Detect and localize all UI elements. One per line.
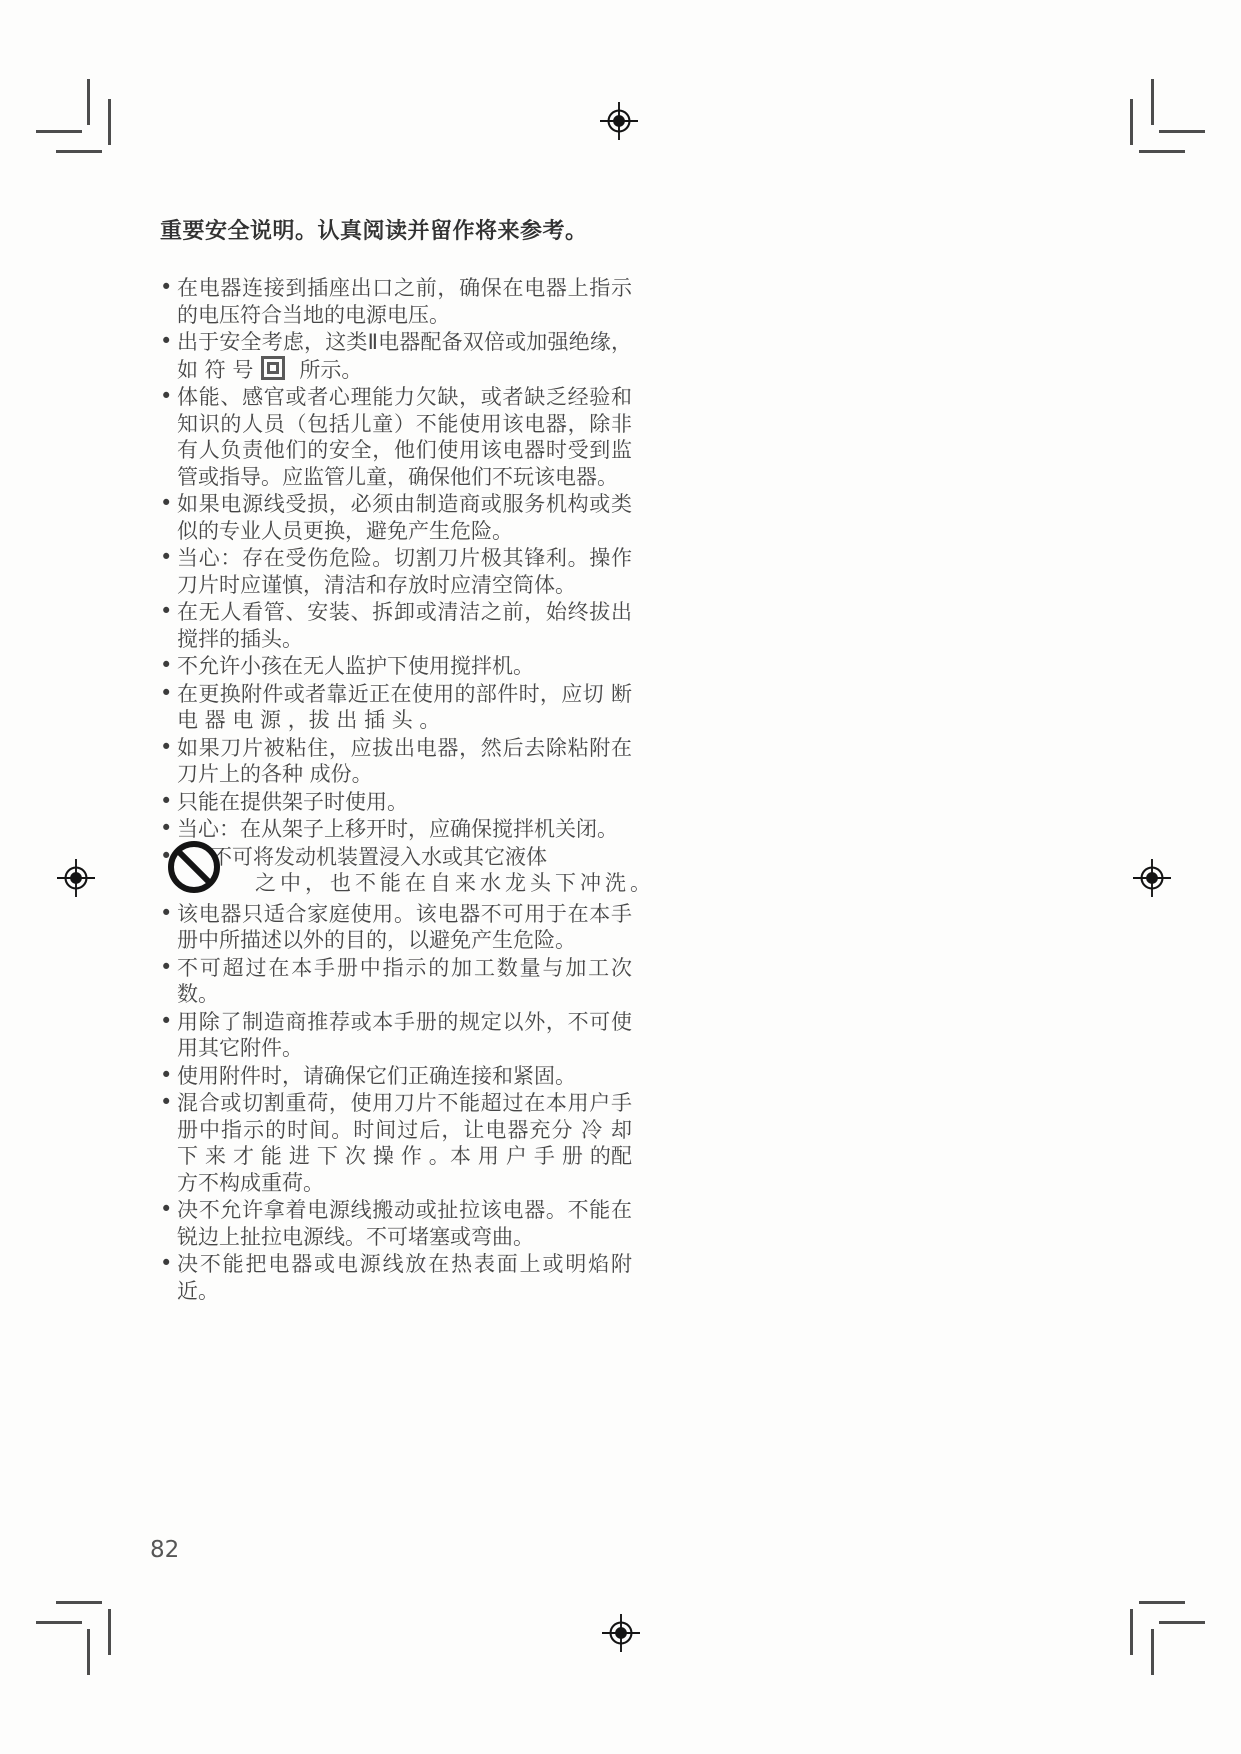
safety-item: 当心：存在受伤危险。切割刀片极其锋利。操作刀片时应谨慎，清洁和存放时应清空筒体。 <box>160 545 632 598</box>
safety-item: 在无人看管、安装、拆卸或清洁之前，始终拔出搅拌的插头。 <box>160 599 632 652</box>
safety-item: 混合或切割重荷，使用刀片不能超过在本用户手册中指示的时间。时间过后，让电器充分 … <box>160 1090 632 1196</box>
safety-item: 使用附件时，请确保它们正确连接和紧固。 <box>160 1063 632 1090</box>
safety-item: 决不允许拿着电源线搬动或扯拉该电器。不能在锐边上扯拉电源线。不可堵塞或弯曲。 <box>160 1197 632 1250</box>
safety-item-text: 之中，也不能在自来水龙头下冲洗。 <box>177 870 632 897</box>
crop-mark <box>56 1601 102 1604</box>
safety-item: 体能、感官或者心理能力欠缺，或者缺乏经验和知识的人员（包括儿童）不能使用该电器，… <box>160 384 632 490</box>
crop-mark <box>108 1609 111 1655</box>
safety-item: 如果电源线受损，必须由制造商或服务机构或类似的专业人员更换，避免产生危险。 <box>160 491 632 544</box>
crop-mark <box>1139 150 1185 153</box>
crop-mark <box>36 130 82 133</box>
registration-target-icon <box>600 102 638 140</box>
page-title: 重要安全说明。认真阅读并留作将来参考。 <box>160 219 632 245</box>
safety-item: 决不能把电器或电源线放在热表面上或明焰附近。 <box>160 1251 632 1304</box>
safety-item: 当心：在从架子上移开时，应确保搅拌机关闭。 <box>160 816 632 843</box>
crop-mark <box>1139 1601 1185 1604</box>
safety-item: 不可将发动机装置浸入水或其它液体之中，也不能在自来水龙头下冲洗。 <box>160 844 632 900</box>
safety-item: 用除了制造商推荐或本手册的规定以外，不可使用其它附件。 <box>160 1009 632 1062</box>
crop-mark <box>87 1629 90 1675</box>
page-number: 82 <box>150 1537 179 1563</box>
safety-item: 只能在提供架子时使用。 <box>160 789 632 816</box>
crop-mark <box>1130 99 1133 145</box>
safety-list: 在电器连接到插座出口之前，确保在电器上指示的电压符合当地的电源电压。出于安全考虑… <box>160 275 632 1304</box>
safety-item-text: 所示。 <box>299 358 362 382</box>
safety-item: 不可超过在本手册中指示的加工数量与加工次数。 <box>160 955 632 1008</box>
safety-item: 该电器只适合家庭使用。该电器不可用于在本手册中所描述以外的目的，以避免产生危险。 <box>160 901 632 954</box>
crop-mark <box>1159 1621 1205 1624</box>
crop-mark <box>1151 79 1154 125</box>
registration-target-icon <box>602 1614 640 1652</box>
crop-mark <box>108 99 111 145</box>
crop-mark <box>56 150 102 153</box>
class-ii-double-insulation-icon <box>261 356 285 380</box>
safety-item: 如果刀片被粘住，应拔出电器，然后去除粘附在刀片上的各种 成份。 <box>160 735 632 788</box>
crop-mark <box>87 79 90 125</box>
registration-target-icon <box>1133 859 1171 897</box>
safety-item: 在更换附件或者靠近正在使用的部件时，应切 断 电 器 电 源 ，拔 出 插 头 … <box>160 681 632 734</box>
safety-item-text: 不可将发动机装置浸入水或其它液体 <box>177 844 632 871</box>
registration-target-icon <box>57 859 95 897</box>
crop-mark <box>1151 1629 1154 1675</box>
safety-item-text: 出于安全考虑，这类Ⅱ电器配备双倍或加强绝缘，如 符 号 <box>177 330 632 382</box>
safety-item: 出于安全考虑，这类Ⅱ电器配备双倍或加强绝缘，如 符 号所示。 <box>160 329 632 383</box>
crop-mark <box>1159 130 1205 133</box>
safety-item: 在电器连接到插座出口之前，确保在电器上指示的电压符合当地的电源电压。 <box>160 275 632 328</box>
no-immersion-prohibition-icon <box>168 841 220 893</box>
manual-page: 重要安全说明。认真阅读并留作将来参考。 在电器连接到插座出口之前，确保在电器上指… <box>0 0 1241 1754</box>
crop-mark <box>36 1621 82 1624</box>
content-column: 重要安全说明。认真阅读并留作将来参考。 在电器连接到插座出口之前，确保在电器上指… <box>160 219 632 1305</box>
crop-mark <box>1130 1609 1133 1655</box>
safety-item: 不允许小孩在无人监护下使用搅拌机。 <box>160 653 632 680</box>
